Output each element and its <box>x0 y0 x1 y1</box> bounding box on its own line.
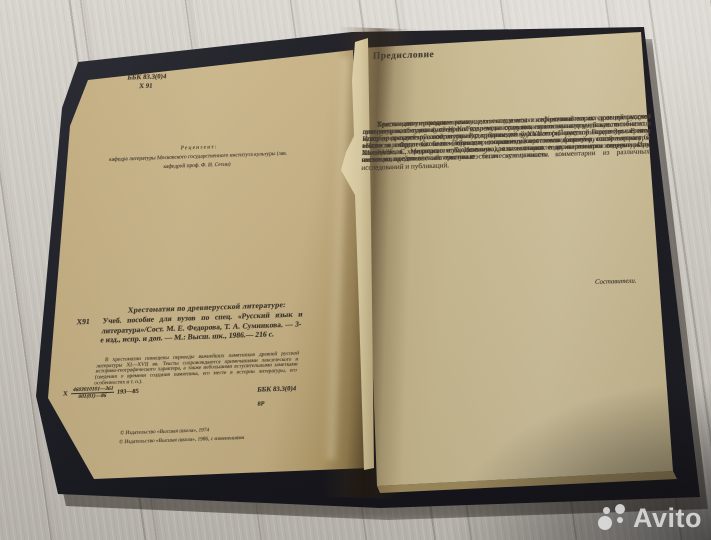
avito-watermark: Avito <box>598 503 702 534</box>
catalog-entry: Хрестоматия по древнерусской литературе:… <box>74 298 337 346</box>
avito-logo-icon <box>598 504 628 533</box>
catalog-entry-code: Х91 <box>74 317 103 347</box>
rubric-code: 8Р <box>200 398 321 410</box>
reviewer-note: Рецензент: кафедра литературы Московског… <box>96 140 299 174</box>
left-page-content: ББК 83.3(0)4 Х 91 Рецензент: кафедра лит… <box>40 60 388 471</box>
copyright-lines: © Издательство «Высшая школа», 1974 © Из… <box>118 422 330 447</box>
avito-dot-medium <box>615 504 625 514</box>
catalog-index: Х 4603010101—361 001(01)—86 193—85 <box>62 385 139 401</box>
index-fraction: 4603010101—361 001(01)—86 <box>71 386 115 401</box>
bbk-bottom-block: ББК 83.3(0)4 8Р <box>214 384 337 410</box>
compilers-signature: Составители. <box>356 277 644 293</box>
preface-heading: Предисловие <box>373 50 435 62</box>
bbk-code-bottom: ББК 83.3(0)4 <box>216 384 337 396</box>
right-page-content: Предисловие Хрестоматия предназначена дл… <box>355 43 666 332</box>
avito-dot-large <box>598 516 612 530</box>
preface-body: Хрестоматия предназначена для студентов … <box>363 113 651 122</box>
avito-dot-tiny <box>617 517 623 523</box>
book-photo: ББК 83.3(0)4 Х 91 Рецензент: кафедра лит… <box>0 0 711 540</box>
bbk-classification: ББК 83.3(0)4 Х 91 <box>105 72 187 93</box>
catalog-entry-text: Учеб. пособие для вузов по спец. «Русски… <box>100 310 303 346</box>
annotation-text: В хрестоматии помещены переводы важнейши… <box>94 351 299 387</box>
preface-paragraph: Краткие вступительные заметки к текстам … <box>361 113 651 171</box>
avito-wordmark: Avito <box>633 503 702 534</box>
avito-dot-small <box>603 507 610 514</box>
index-letter: Х <box>63 391 68 398</box>
index-suffix: 193—85 <box>116 388 138 396</box>
author-sign: Х 91 <box>105 81 186 93</box>
index-denominator: 001(01)—86 <box>78 393 107 400</box>
